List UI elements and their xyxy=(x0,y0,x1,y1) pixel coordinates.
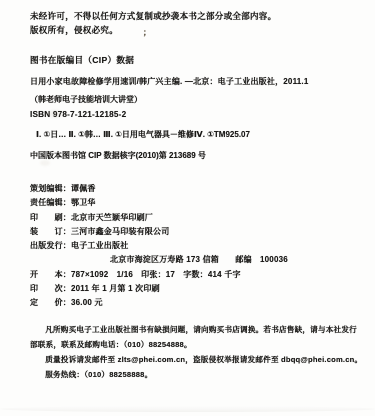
scan-artifact-mark: ； xyxy=(143,26,151,40)
cip-isbn: ISBN 978-7-121-12185-2 xyxy=(30,110,365,119)
pub-info-row-printer: 印 刷：北京市天竺颖华印刷厂 xyxy=(30,211,365,225)
row-value: 三河市鑫金马印装有限公司 xyxy=(71,227,169,236)
cip-series-line: （韩老师电子技能培训大讲堂） xyxy=(30,94,365,105)
pub-info-row-publisher: 出版发行：电子工业出版社 xyxy=(30,239,365,253)
row-label: 责任编辑： xyxy=(30,196,71,210)
copyright-line-2-wrap: 版权所有，侵权必究。； xyxy=(30,23,365,37)
row-label: 印 次： xyxy=(30,282,71,296)
row-value: 电子工业出版社 xyxy=(71,241,128,250)
row-label: 开 本： xyxy=(30,268,71,282)
copyright-notice: 未经许可，不得以任何方式复制或抄袭本书之部分或全部内容。 版权所有，侵权必究。； xyxy=(30,9,365,37)
row-value: 2011 年 1 月第 1 次印刷 xyxy=(71,284,160,293)
cip-record-number: 中国版本图书馆 CIP 数据核字(2010)第 213689 号 xyxy=(30,150,365,161)
copyright-line-1: 未经许可，不得以任何方式复制或抄袭本书之部分或全部内容。 xyxy=(30,9,365,23)
publication-info: 策划编辑：谭佩香 责任编辑：鄂卫华 印 刷：北京市天竺颖华印刷厂 装 订：三河市… xyxy=(30,182,365,311)
row-value: 787×1092 1/16 印张：17 字数：414 千字 xyxy=(71,270,241,279)
cip-classification: Ⅰ. ①日… Ⅱ. ①韩… Ⅲ. ①日用电气器具－维修Ⅳ. ①TM925.07 xyxy=(30,129,365,140)
row-label: 策划编辑： xyxy=(30,182,71,196)
row-value: 北京市海淀区万寿路 173 信箱 邮编 100036 xyxy=(110,255,288,264)
row-label: 装 订： xyxy=(30,225,71,239)
purchase-notes: 凡所购买电子工业出版社图书有缺损问题，请向购买书店调换。若书店售缺，请与本社发行… xyxy=(30,322,365,382)
row-label: 出版发行： xyxy=(30,239,71,253)
row-value: 谭佩香 xyxy=(71,184,96,193)
row-value: 鄂卫华 xyxy=(71,198,96,207)
pub-info-row-format: 开 本：787×1092 1/16 印张：17 字数：414 千字 xyxy=(30,268,365,282)
pub-info-row-binder: 装 订：三河市鑫金马印装有限公司 xyxy=(30,225,365,239)
row-value: 北京市天竺颖华印刷厂 xyxy=(71,213,153,222)
row-label: 定 价： xyxy=(30,296,71,310)
pub-info-row-print-run: 印 次：2011 年 1 月第 1 次印刷 xyxy=(30,282,365,296)
book-copyright-page: 未经许可，不得以任何方式复制或抄袭本书之部分或全部内容。 版权所有，侵权必究。；… xyxy=(0,0,375,416)
row-value: 36.00 元 xyxy=(71,298,103,307)
note-service-hotline: 服务热线：（010）88258888。 xyxy=(30,367,363,382)
cip-header: 图书在版编目（CIP）数据 xyxy=(30,54,365,66)
pub-info-row-responsible-editor: 责任编辑：鄂卫华 xyxy=(30,196,365,210)
cip-data-block: 图书在版编目（CIP）数据 日用小家电故障检修学用速训/韩广兴主编. —北京：电… xyxy=(30,54,365,161)
pub-info-row-planning-editor: 策划编辑：谭佩香 xyxy=(30,182,365,196)
note-complaint-emails: 质量投诉请发邮件至 zlts@phei.com.cn，盗版侵权举报请发邮件至 d… xyxy=(30,352,363,367)
pub-info-row-publisher-address: 北京市海淀区万寿路 173 信箱 邮编 100036 xyxy=(30,253,365,267)
scan-smudge xyxy=(0,406,375,412)
row-label: 印 刷： xyxy=(30,211,71,225)
note-replacement-policy: 凡所购买电子工业出版社图书有缺损问题，请向购买书店调换。若书店售缺，请与本社发行… xyxy=(30,322,363,352)
pub-info-row-price: 定 价：36.00 元 xyxy=(30,296,365,310)
copyright-line-2: 版权所有，侵权必究。 xyxy=(30,25,118,35)
cip-entry-line: 日用小家电故障检修学用速训/韩广兴主编. —北京：电子工业出版社，2011.1 xyxy=(30,76,365,87)
